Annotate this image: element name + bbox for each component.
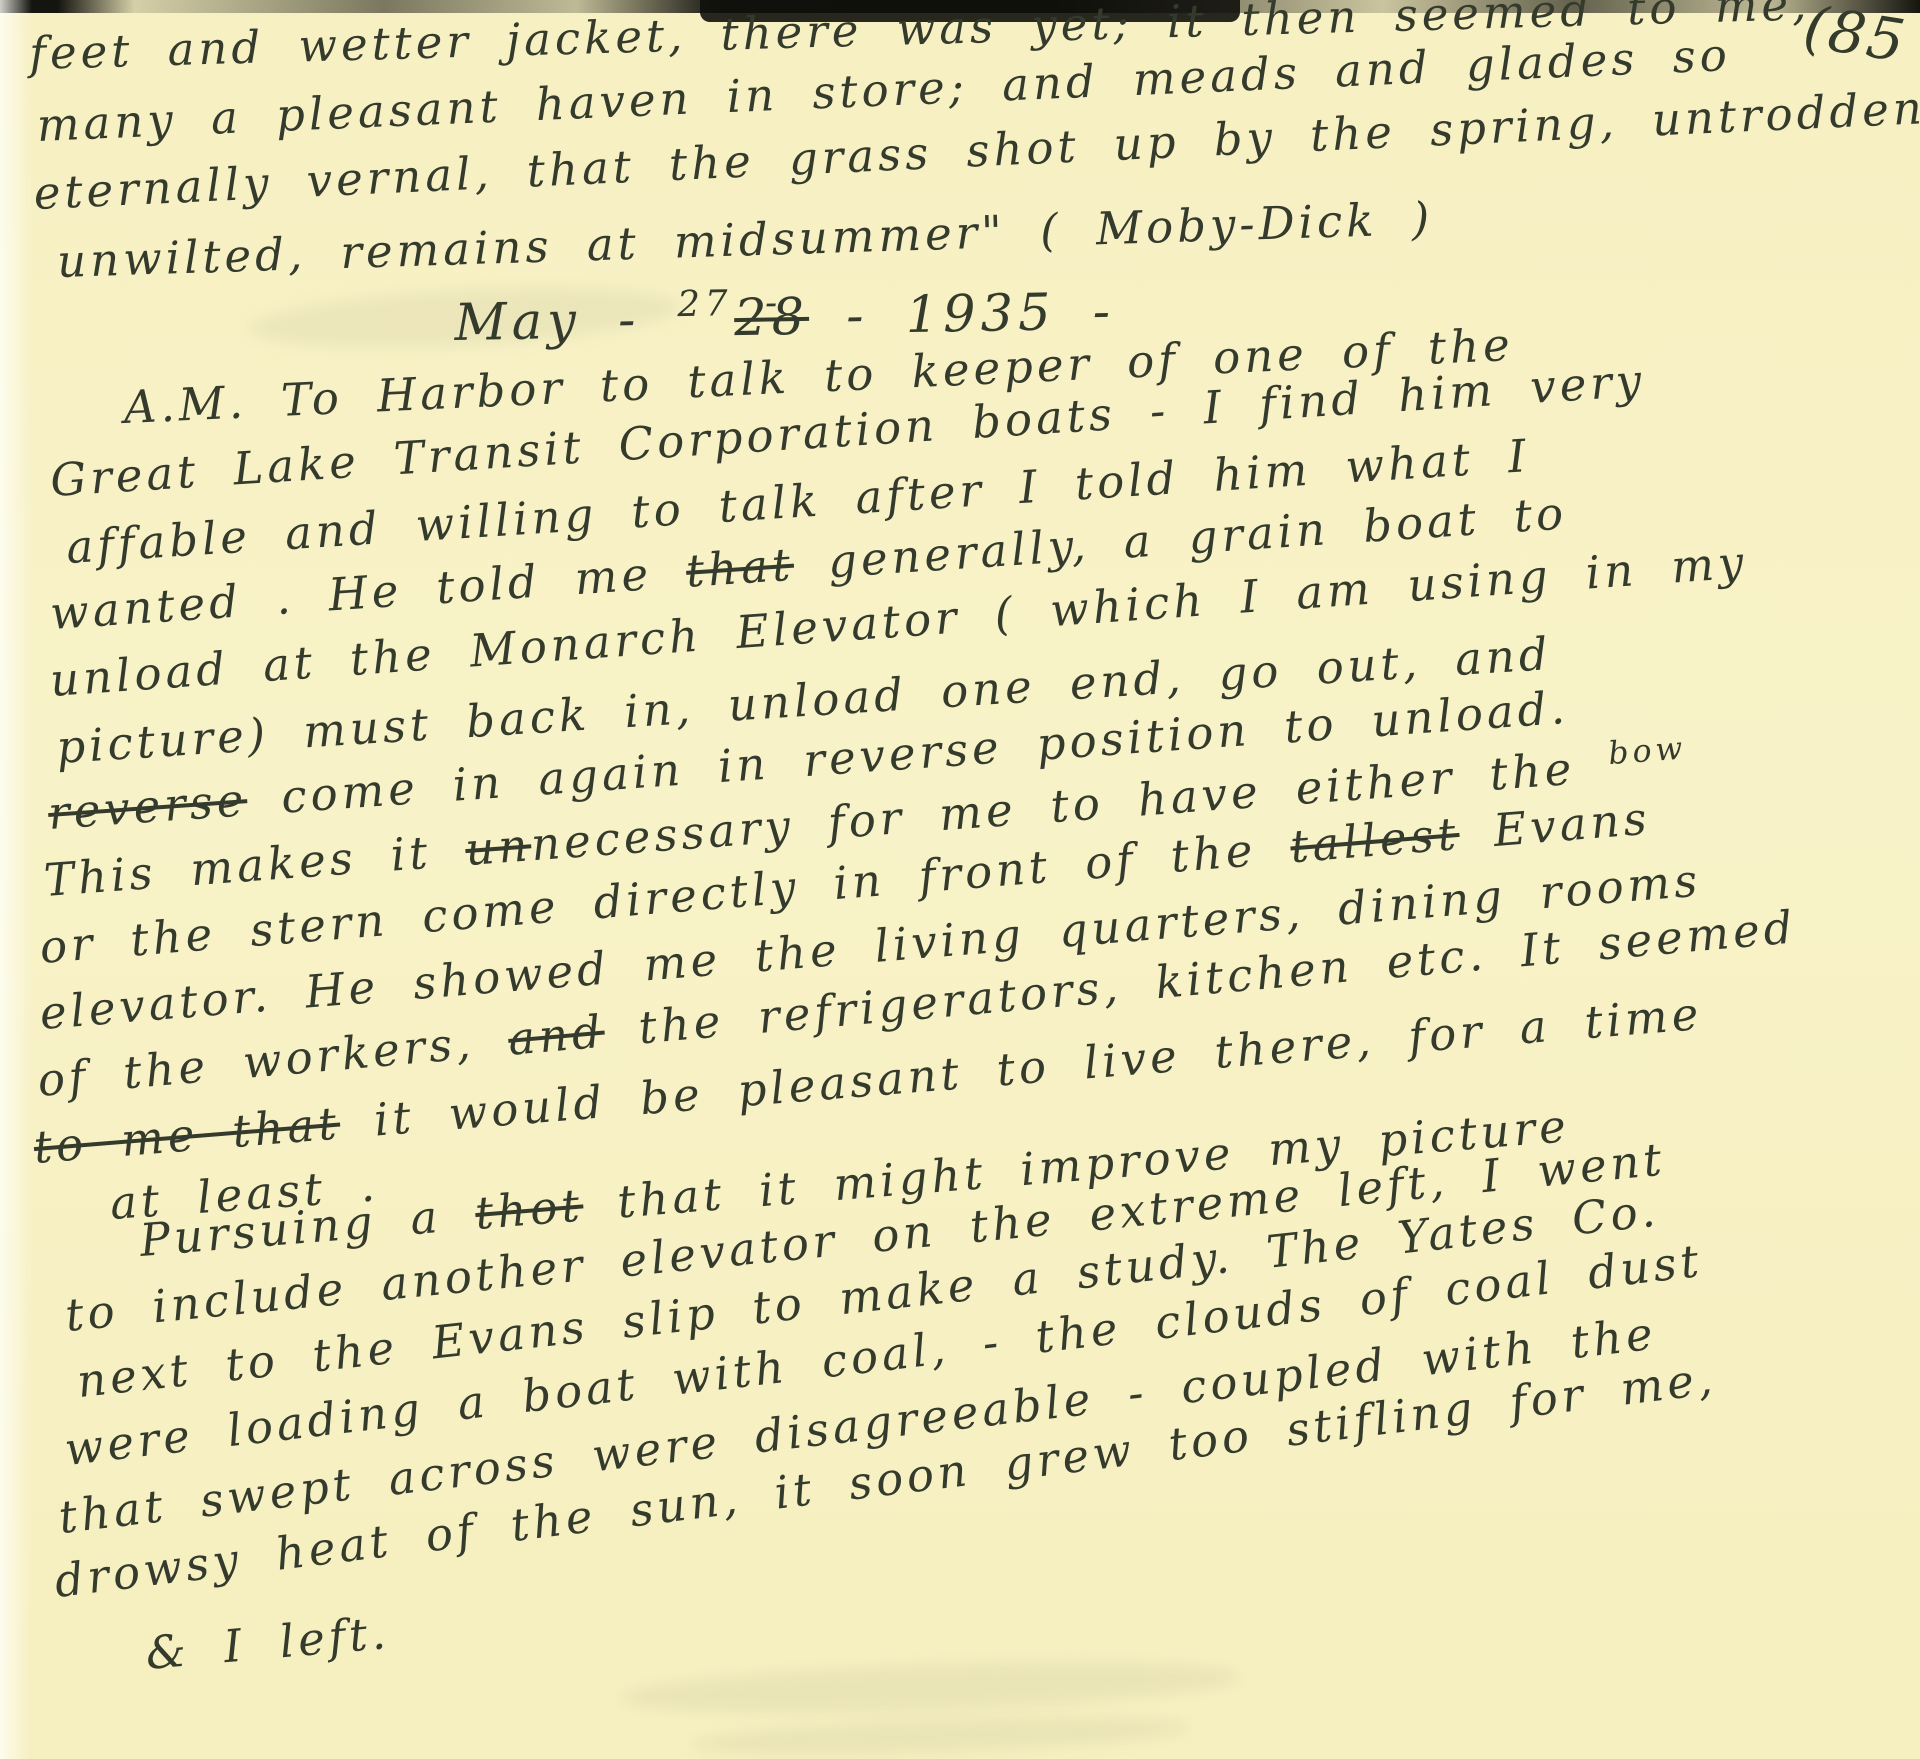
journal-page: (85 feet and wetter jacket, there was ye… (0, 0, 1920, 1759)
text-segment: May - (454, 290, 678, 353)
struck-text: un (463, 818, 533, 876)
text-segment: bow (1607, 730, 1688, 772)
struck-text: to me that (32, 1097, 342, 1174)
text-segment: Evans (1457, 792, 1652, 860)
text-segment: 27 - (677, 283, 783, 326)
bleed-through-smudge (690, 1711, 1191, 1759)
struck-text: thot (473, 1179, 585, 1241)
struck-text: reverse (46, 773, 249, 840)
scan-edge-left (0, 0, 32, 1759)
struck-text: and (506, 1005, 607, 1066)
struck-text: that (684, 538, 795, 598)
entry-line-20: & I left. (143, 1607, 391, 1680)
page-number: (85 (1799, 0, 1911, 76)
struck-text: tallest (1288, 807, 1461, 873)
text-segment: & I left. (143, 1606, 391, 1680)
bleed-through-smudge (619, 1654, 1240, 1721)
